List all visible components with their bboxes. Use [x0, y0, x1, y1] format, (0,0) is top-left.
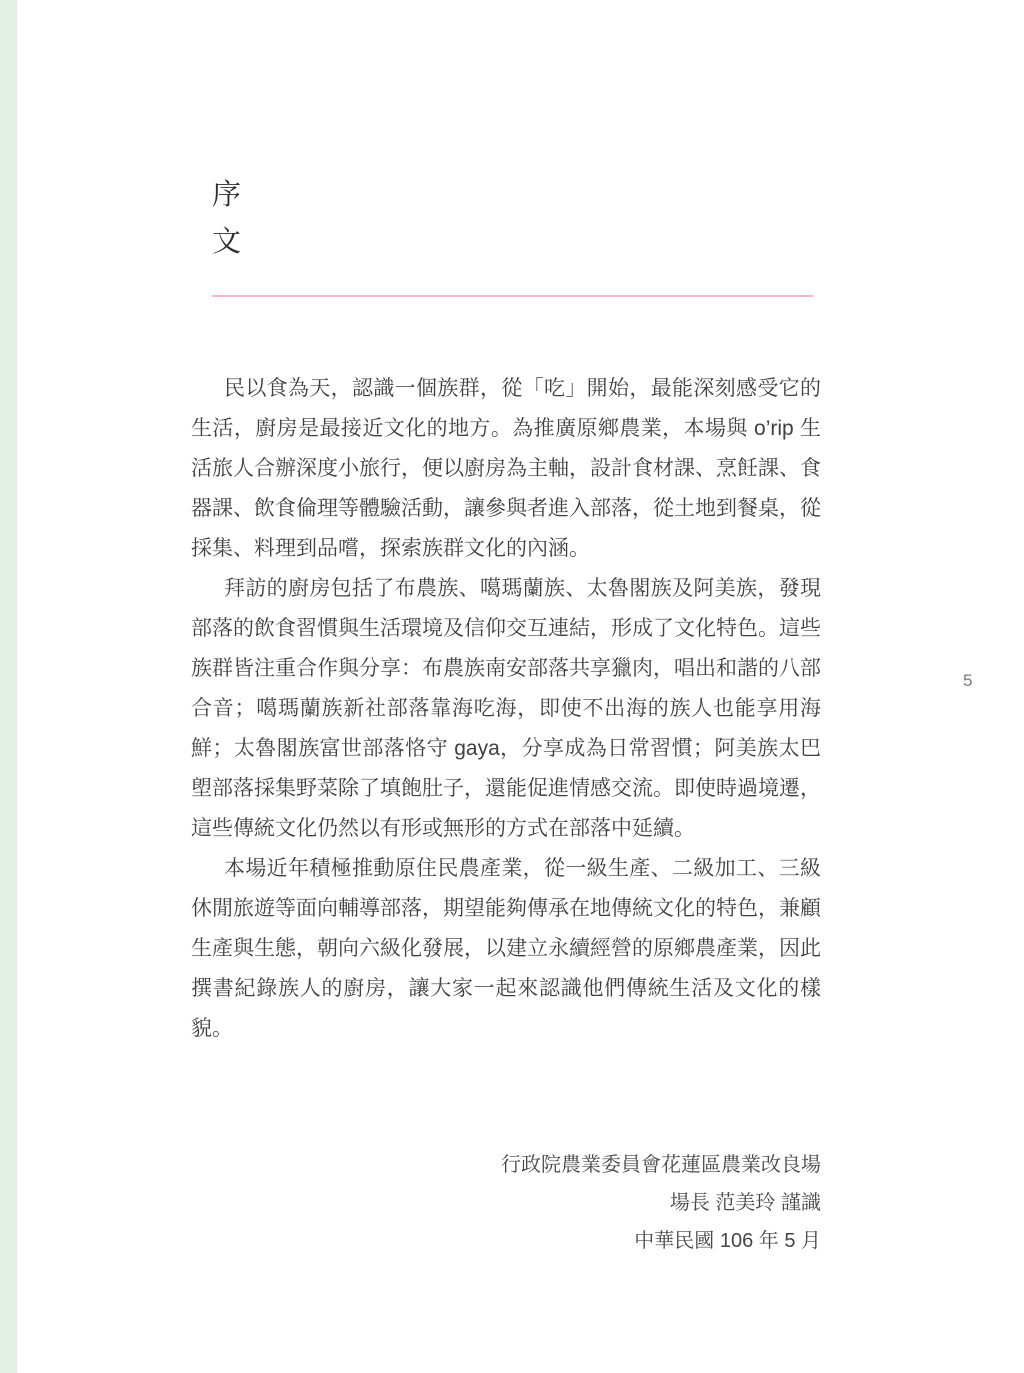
signature-organization: 行政院農業委員會花蓮區農業改良場	[191, 1146, 821, 1184]
preface-body: 民以食為天，認識一個族群，從「吃」開始，最能深刻感受它的生活，廚房是最接近文化的…	[191, 369, 821, 1049]
paragraph-2: 拜訪的廚房包括了布農族、噶瑪蘭族、太魯閣族及阿美族，發現部落的飲食習慣與生活環境…	[191, 569, 821, 849]
signature-signer: 場長 范美玲 謹識	[191, 1184, 821, 1222]
title-char-2: 文	[212, 219, 242, 266]
signature-block: 行政院農業委員會花蓮區農業改良場 場長 范美玲 謹識 中華民國 106 年 5 …	[191, 1146, 821, 1260]
title-char-1: 序	[212, 172, 242, 219]
document-page: 序 文 民以食為天，認識一個族群，從「吃」開始，最能深刻感受它的生活，廚房是最接…	[0, 0, 1024, 1373]
paragraph-1: 民以食為天，認識一個族群，從「吃」開始，最能深刻感受它的生活，廚房是最接近文化的…	[191, 369, 821, 569]
paragraph-3: 本場近年積極推動原住民農產業，從一級生產、二級加工、三級休閒旅遊等面向輔導部落，…	[191, 849, 821, 1049]
signature-date: 中華民國 106 年 5 月	[191, 1222, 821, 1260]
left-accent-stripe	[0, 0, 17, 1373]
title-divider	[212, 295, 813, 297]
page-number: 5	[963, 671, 972, 691]
page-title: 序 文	[212, 172, 242, 266]
